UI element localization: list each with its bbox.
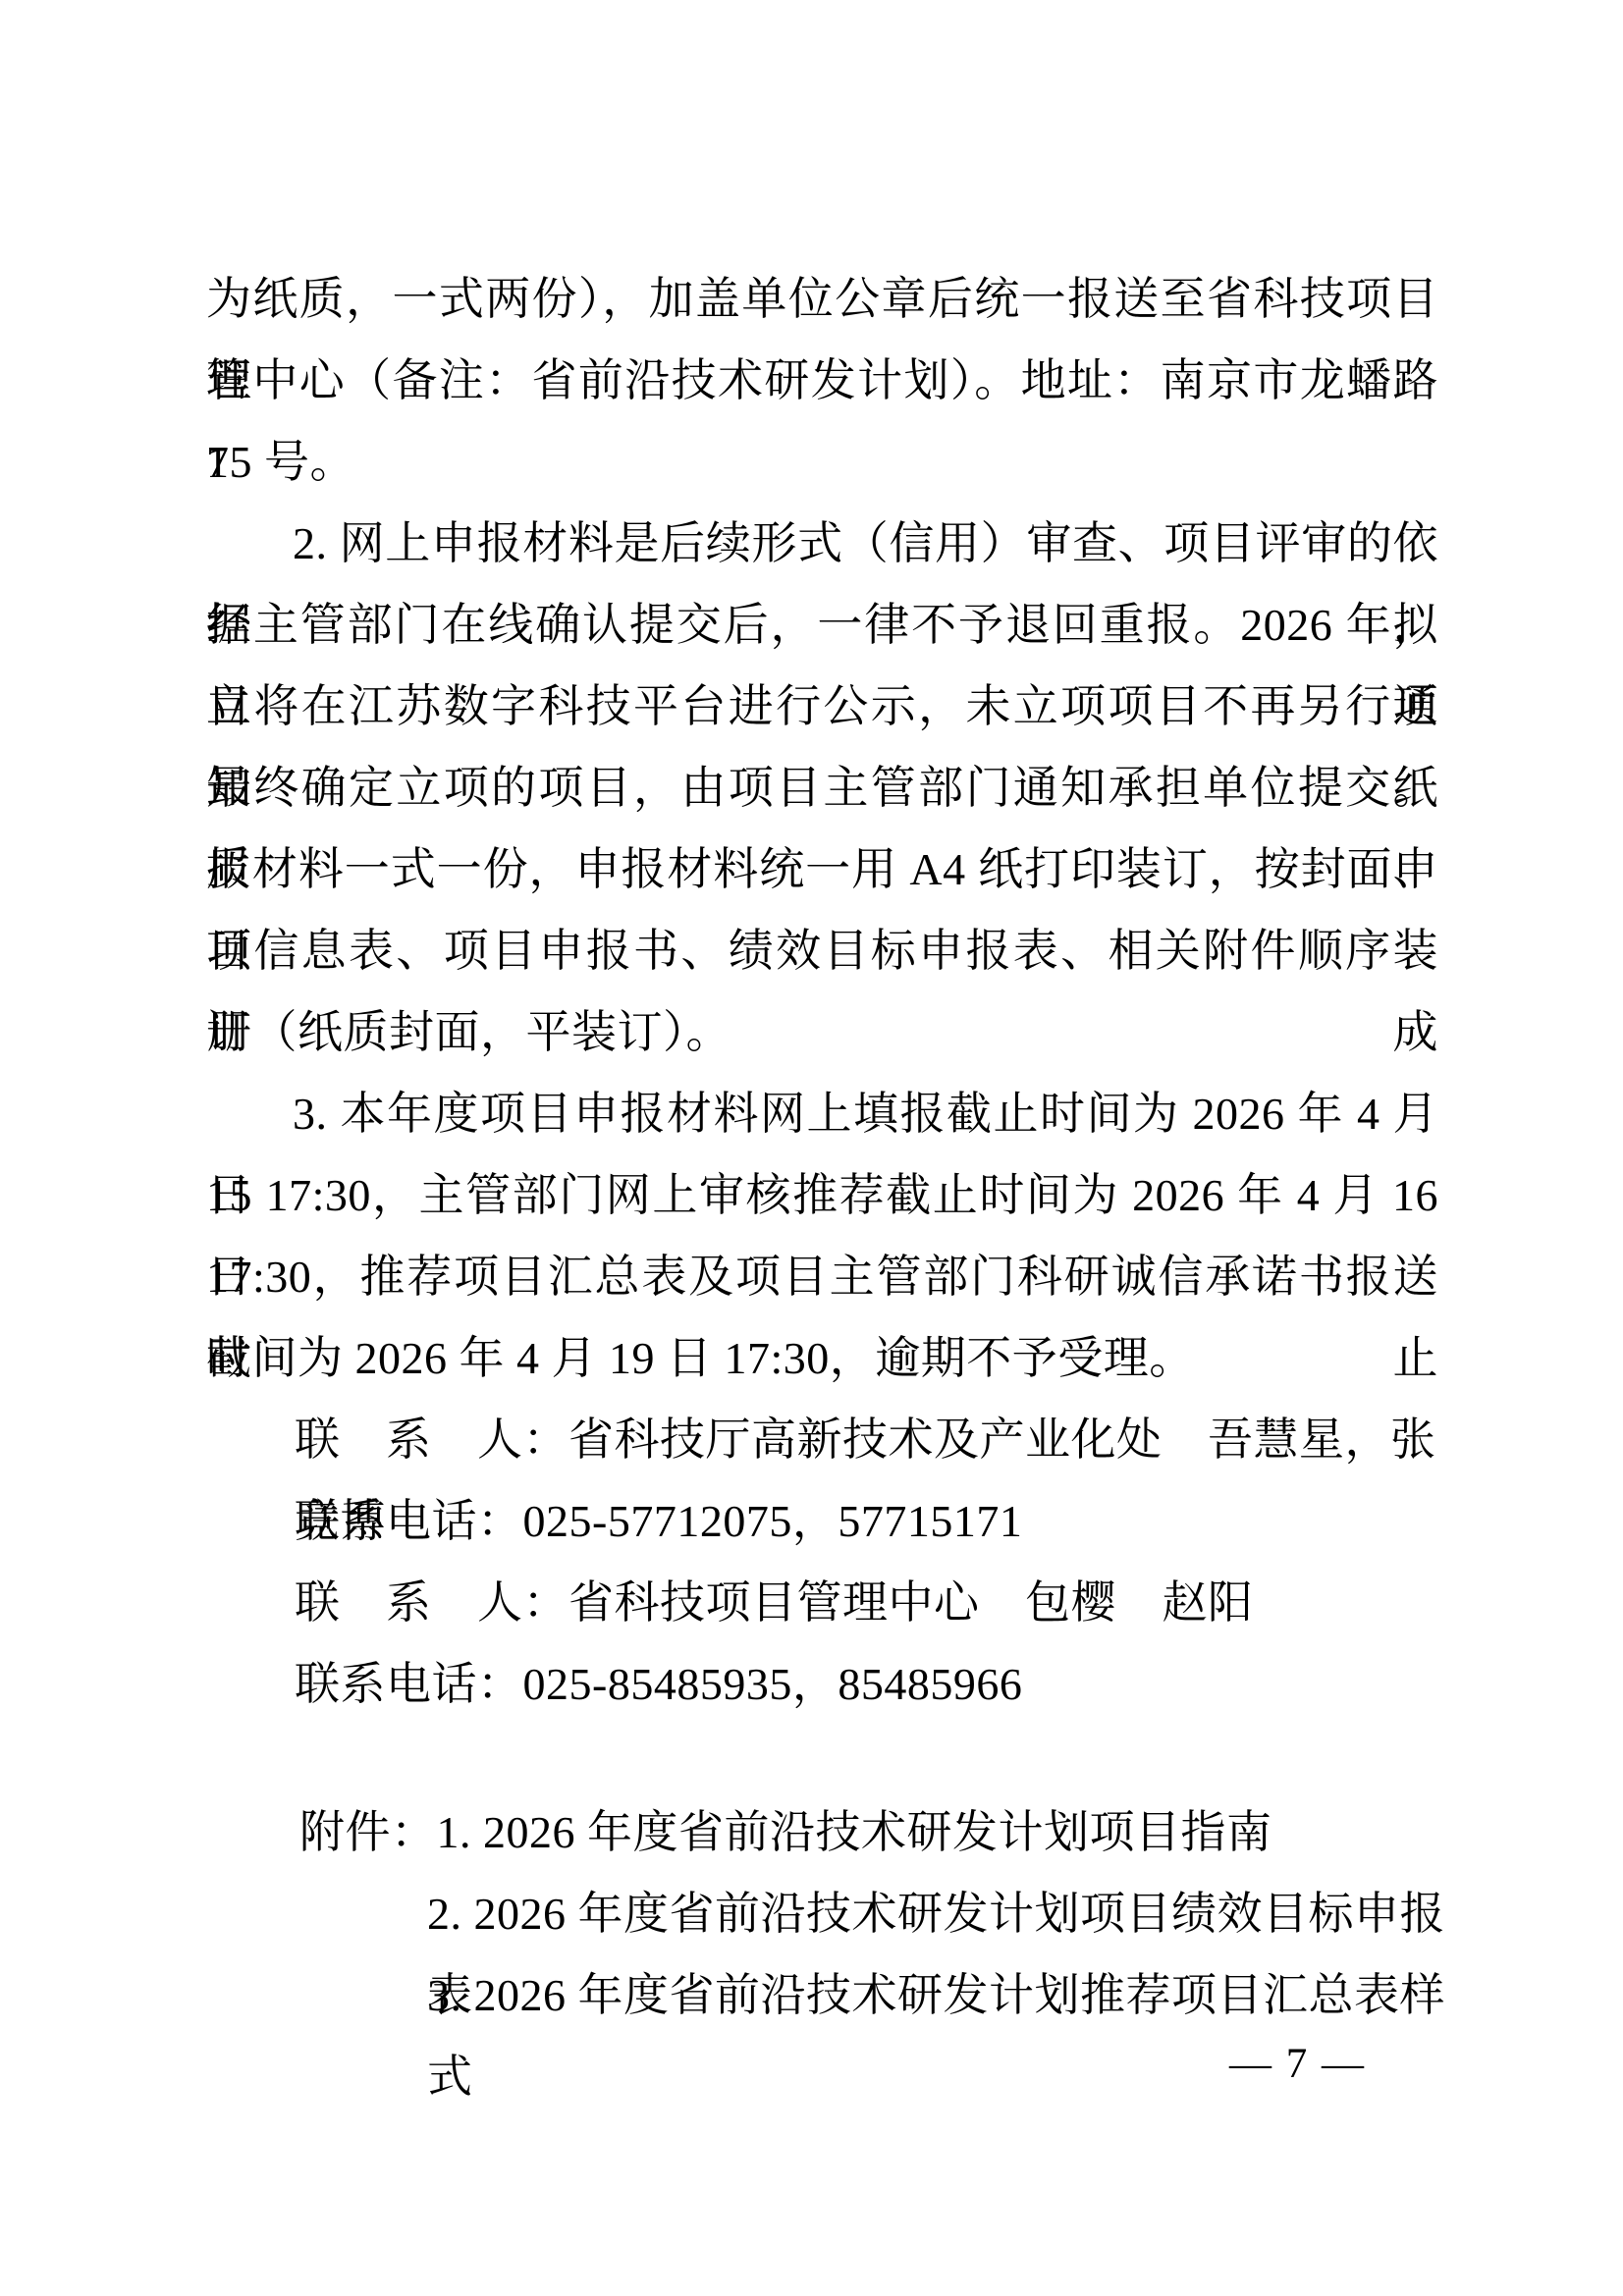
attachment-line: 3. 2026 年度省前沿技术研发计划推荐项目汇总表样式: [206, 1954, 1473, 2036]
text-line: 17:30，推荐项目汇总表及项目主管部门科研诚信承诺书报送截止: [206, 1236, 1438, 1317]
document-page: 为纸质，一式两份），加盖单位公章后统一报送至省科技项目管 理中心（备注：省前沿技…: [0, 0, 1623, 2296]
text-line: 经主管部门在线确认提交后，一律不予退回重报。2026 年拟立项: [206, 584, 1438, 666]
text-line: 日 17:30，主管部门网上审核推荐截止时间为 2026 年 4 月 16 日: [206, 1154, 1438, 1236]
attachment-line: 2. 2026 年度省前沿技术研发计划项目绩效目标申报表: [206, 1873, 1473, 1954]
attachment-line: 附件：1. 2026 年度省前沿技术研发计划项目指南: [206, 1791, 1473, 1873]
attachments-block: 附件：1. 2026 年度省前沿技术研发计划项目指南 2. 2026 年度省前沿…: [206, 1791, 1473, 2036]
text-line: 报材料一式一份，申报材料统一用 A4 纸打印装订，按封面、项: [206, 828, 1438, 910]
contact-phone-line: 联系电话：025-85485935，85485966: [206, 1643, 1438, 1725]
text-line: 目信息表、项目申报书、绩效目标申报表、相关附件顺序装订成: [206, 910, 1438, 991]
paragraph-3-first-line: 3. 本年度项目申报材料网上填报截止时间为 2026 年 4 月 15: [206, 1073, 1438, 1154]
page-number: — 7 —: [1229, 2040, 1366, 2089]
paragraph-2-first-line: 2. 网上申报材料是后续形式（信用）审查、项目评审的依据，: [206, 503, 1438, 584]
text-line: 理中心（备注：省前沿技术研发计划）。地址：南京市龙蟠路 1: [206, 340, 1438, 421]
contact-person-line: 联 系 人：省科技厅高新技术及产业化处 吾慧星，张竞博: [206, 1399, 1438, 1480]
contact-person-line: 联 系 人：省科技项目管理中心 包樱 赵阳: [206, 1562, 1438, 1643]
text-line: 75 号。: [206, 421, 1438, 503]
text-line: 为纸质，一式两份），加盖单位公章后统一报送至省科技项目管: [206, 258, 1438, 340]
document-body: 为纸质，一式两份），加盖单位公章后统一报送至省科技项目管 理中心（备注：省前沿技…: [206, 258, 1438, 1725]
text-line: 最终确定立项的项目，由项目主管部门通知承担单位提交纸质申: [206, 747, 1438, 828]
text-line: 目将在江苏数字科技平台进行公示，未立项项目不再另行通知。: [206, 666, 1438, 747]
contact-phone-line: 联系电话：025-57712075，57715171: [206, 1480, 1438, 1562]
